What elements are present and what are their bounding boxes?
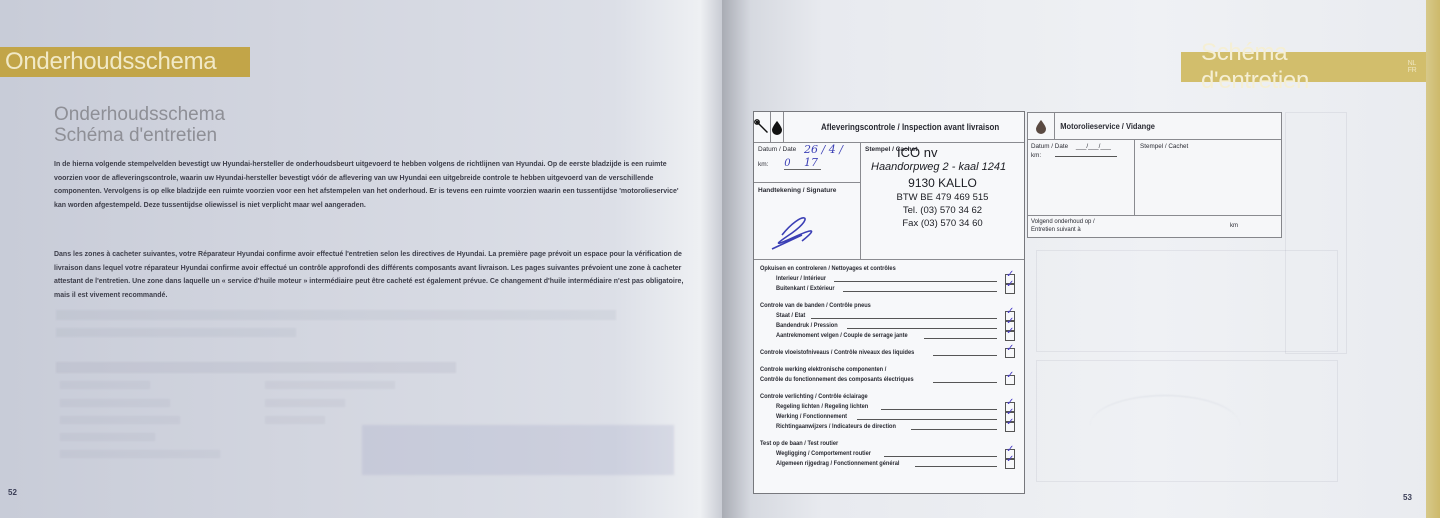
page-number: 53 xyxy=(1403,493,1412,502)
checklist-item: Wegligging / Comportement routier✓ xyxy=(760,449,1018,459)
title-fr: Schéma d'entretien xyxy=(54,125,225,146)
form-date-signature: Datum / Date 26 / 4 / 17 km: 0 Handteken… xyxy=(754,143,861,259)
checklist-item-label: Bandendruk / Pression xyxy=(776,321,838,331)
checkbox[interactable]: ✓ xyxy=(1005,422,1015,432)
checklist-item: Staat / Etat✓ xyxy=(760,311,1018,321)
checklist-group-title: Opkuisen en controleren / Nettoyages et … xyxy=(760,264,992,274)
show-through-line xyxy=(56,328,296,337)
section-banner-nl: Onderhoudsschema xyxy=(0,47,250,77)
checklist-item-label: Regeling lichten / Regeling lichten xyxy=(776,402,868,412)
checklist-item: Controle vloeistofniveaus / Contrôle niv… xyxy=(760,348,1018,358)
next-service-label: Volgend onderhoud op / Entretien suivant… xyxy=(1031,218,1095,234)
date-label: Datum / Date xyxy=(758,146,796,153)
stamp-address: Haandorpweg 2 - kaal 1241 xyxy=(871,161,1006,173)
checklist-item-label: Interieur / Intérieur xyxy=(776,274,826,284)
form-stamp-area: Datum / Date ___/___/___ km: Stempel / C… xyxy=(1028,140,1281,216)
intro-paragraph-nl: In de hierna volgende stempelvelden beve… xyxy=(54,157,684,211)
show-through-bullet xyxy=(265,399,345,407)
check-mark-icon: ✓ xyxy=(1006,327,1014,337)
checklist-item: Werking / Fonctionnement✓ xyxy=(760,412,1018,422)
form-header: Motorolieservice / Vidange xyxy=(1028,113,1281,140)
stamp-field[interactable]: Stempel / Cachet ICO nv Haandorpweg 2 - … xyxy=(861,143,1024,259)
page-title: Onderhoudsschema Schéma d'entretien xyxy=(54,104,225,146)
checklist-item-label: Werking / Fonctionnement xyxy=(776,412,847,422)
form-title: Afleveringscontrole / Inspection avant l… xyxy=(784,112,999,142)
leader-line xyxy=(884,456,997,457)
date-label: Datum / Date xyxy=(1031,143,1068,150)
checkbox[interactable]: ✓ xyxy=(1005,331,1015,341)
checklist-item: Aantrekmoment velgen / Couple de serrage… xyxy=(760,331,1018,341)
oil-drop-icon xyxy=(771,112,784,142)
km-label: km: xyxy=(758,161,768,168)
delivery-inspection-form: Afleveringscontrole / Inspection avant l… xyxy=(753,111,1025,494)
leader-line xyxy=(881,409,997,410)
checklist-group: Opkuisen en controleren / Nettoyages et … xyxy=(760,264,1018,294)
show-through-bullet xyxy=(60,450,220,458)
stamp-company: ICO nv xyxy=(897,145,937,160)
signature-scribble xyxy=(762,205,832,255)
show-through-bullet xyxy=(60,433,155,441)
checkbox[interactable]: ✓ xyxy=(1005,375,1015,385)
checklist-item: Algemeen rijgedrag / Fonctionnement géné… xyxy=(760,459,1018,469)
stamp-label: Stempel / Cachet xyxy=(1140,143,1188,150)
leader-line xyxy=(924,338,997,339)
leader-line xyxy=(933,382,997,383)
show-through-bullet xyxy=(60,381,150,389)
checklist-item: Buitenkant / Extérieur✓ xyxy=(760,284,1018,294)
checklist-item: Contrôle du fonctionnement des composant… xyxy=(760,375,1018,385)
signature-field[interactable]: Handtekening / Signature xyxy=(754,183,860,259)
show-through-heading xyxy=(56,362,456,373)
checkbox[interactable]: ✓ xyxy=(1005,348,1015,358)
next-service-label-fr: Entretien suivant à xyxy=(1031,226,1095,234)
oil-service-form: Motorolieservice / Vidange Datum / Date … xyxy=(1027,112,1282,238)
checklist-group-title: Controle werking elektronische component… xyxy=(760,365,992,375)
show-through-frame xyxy=(1036,250,1338,352)
checklist-item: Interieur / Intérieur✓ xyxy=(760,274,1018,284)
oil-drop-icon xyxy=(1028,113,1055,139)
check-mark-icon: ✓ xyxy=(1006,280,1014,290)
form-header: Afleveringscontrole / Inspection avant l… xyxy=(754,112,1024,143)
show-through-phone-box xyxy=(362,425,674,475)
checklist-item: Bandendruk / Pression✓ xyxy=(760,321,1018,331)
stamp-fax: Fax (03) 570 34 60 xyxy=(861,218,1024,229)
stamp-city: 9130 KALLO xyxy=(861,176,1024,190)
checklist-group: Test op de baan / Test routierWegligging… xyxy=(760,439,1018,469)
wrench-icon xyxy=(754,112,771,142)
check-mark-icon: ✓ xyxy=(1006,455,1014,465)
checklist-item: Richtingaanwijzers / Indicateurs de dire… xyxy=(760,422,1018,432)
checkbox[interactable]: ✓ xyxy=(1005,284,1015,294)
signature-label: Handtekening / Signature xyxy=(758,187,836,194)
stamp-vat: BTW BE 479 469 515 xyxy=(861,192,1024,203)
stamp-field[interactable]: Stempel / Cachet xyxy=(1135,140,1281,215)
date-field[interactable]: Datum / Date 26 / 4 / 17 km: 0 xyxy=(754,143,860,183)
checklist-item-label: Aantrekmoment velgen / Couple de serrage… xyxy=(776,331,908,341)
km-label: km: xyxy=(1031,152,1041,159)
page-number: 52 xyxy=(8,488,17,497)
checklist-group-title: Test op de baan / Test routier xyxy=(760,439,992,449)
title-nl: Onderhoudsschema xyxy=(54,104,225,125)
checklist-item: Regeling lichten / Regeling lichten✓ xyxy=(760,402,1018,412)
gold-page-edge xyxy=(1426,0,1440,518)
checklist-item-label: Wegligging / Comportement routier xyxy=(776,449,871,459)
leader-line xyxy=(843,291,997,292)
checklist-group: Controle verlichting / Contrôle éclairag… xyxy=(760,392,1018,432)
date-placeholder: ___/___/___ xyxy=(1076,143,1111,150)
check-mark-icon: ✓ xyxy=(1006,418,1014,428)
checklist-item-label: Richtingaanwijzers / Indicateurs de dire… xyxy=(776,422,896,432)
show-through-line xyxy=(56,310,616,320)
checklist-group-title: Controle van de banden / Contrôle pneus xyxy=(760,301,992,311)
checklist-group: Controle van de banden / Contrôle pneusS… xyxy=(760,301,1018,341)
banner-text: Onderhoudsschema xyxy=(5,48,216,76)
next-service-label-nl: Volgend onderhoud op / xyxy=(1031,218,1095,226)
show-through-bullet xyxy=(60,399,170,407)
km-line xyxy=(1055,156,1117,157)
leader-line xyxy=(915,466,997,467)
banner-text: Schéma d'entretien xyxy=(1201,39,1401,95)
checklist-group: Controle vloeistofniveaus / Contrôle niv… xyxy=(760,348,1018,358)
next-service-field[interactable]: Volgend onderhoud op / Entretien suivant… xyxy=(1028,216,1281,236)
check-mark-icon: ✓ xyxy=(1006,371,1014,381)
checklist: Opkuisen en controleren / Nettoyages et … xyxy=(754,260,1024,469)
left-page: Onderhoudsschema Onderhoudsschema Schéma… xyxy=(0,0,722,518)
checklist-item-label: Staat / Etat xyxy=(776,311,805,321)
date-field[interactable]: Datum / Date ___/___/___ km: xyxy=(1028,140,1135,215)
form-stamp-area: Datum / Date 26 / 4 / 17 km: 0 Handteken… xyxy=(754,143,1024,260)
checklist-item-label: Algemeen rijgedrag / Fonctionnement géné… xyxy=(776,459,899,469)
intro-paragraph-fr: Dans les zones à cacheter suivantes, vot… xyxy=(54,247,684,301)
checklist-item-label: Contrôle du fonctionnement des composant… xyxy=(760,375,914,385)
leader-line xyxy=(834,281,997,282)
show-through-stamp xyxy=(1090,395,1240,456)
date-value: 26 / 4 / 17 xyxy=(804,143,860,169)
km-unit: km xyxy=(1230,222,1238,230)
section-banner-fr: Schéma d'entretien NL FR xyxy=(1181,52,1426,82)
check-mark-icon: ✓ xyxy=(1006,344,1014,354)
language-tab: NL FR xyxy=(1408,60,1426,74)
form-title: Motorolieservice / Vidange xyxy=(1055,113,1155,139)
checklist-item-label: Buitenkant / Extérieur xyxy=(776,284,835,294)
show-through-bullet xyxy=(60,416,180,424)
leader-line xyxy=(933,355,997,356)
checkbox[interactable]: ✓ xyxy=(1005,459,1015,469)
checklist-group-title: Controle verlichting / Contrôle éclairag… xyxy=(760,392,992,402)
stamp-phone: Tel. (03) 570 34 62 xyxy=(861,205,1024,216)
checklist-item-label: Controle vloeistofniveaus / Contrôle niv… xyxy=(760,348,914,358)
show-through-bullet xyxy=(265,381,395,389)
checklist-group: Controle werking elektronische component… xyxy=(760,365,1018,385)
leader-line xyxy=(811,318,997,319)
leader-line xyxy=(857,419,997,420)
leader-line xyxy=(911,429,997,430)
show-through-bullet xyxy=(265,416,325,424)
leader-line xyxy=(847,328,997,329)
